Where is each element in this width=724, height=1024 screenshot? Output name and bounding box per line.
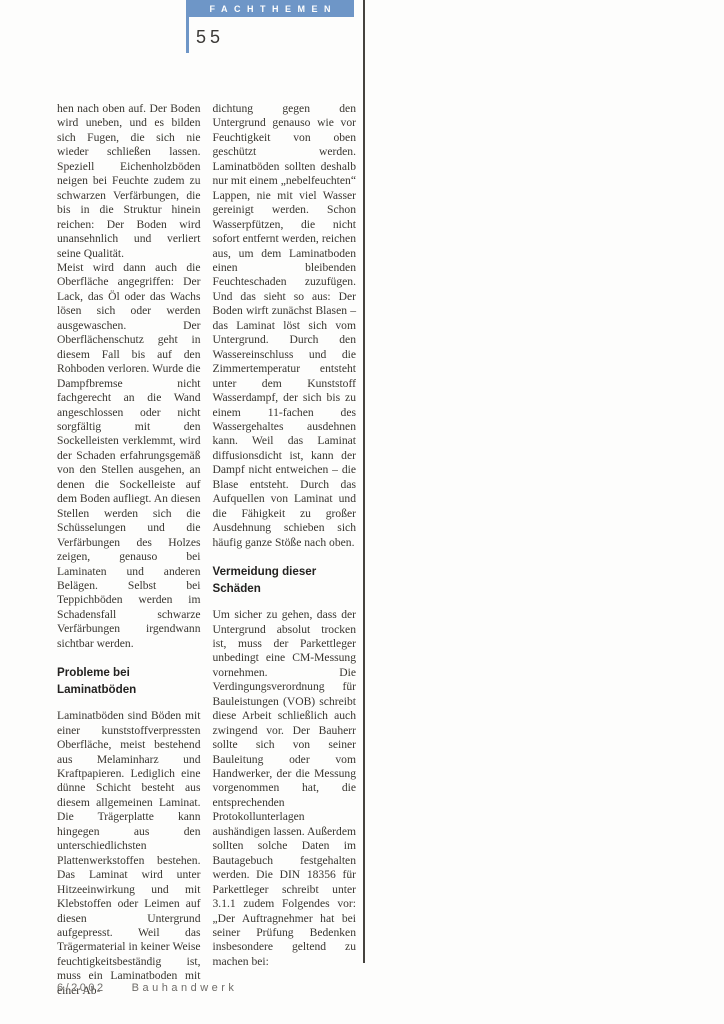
- paragraph: Um sicher zu gehen, dass der Untergrund …: [213, 608, 357, 969]
- page-edge-rule: [363, 0, 365, 963]
- article-column-right: dichtung gegen den Untergrund genauso wi…: [213, 102, 357, 998]
- article-column-left: hen nach oben auf. Der Boden wird uneben…: [57, 102, 201, 998]
- footer-issue: 6/2002: [57, 982, 106, 994]
- accent-tick: [186, 17, 189, 53]
- page-footer: 6/2002 Bauhandwerk: [57, 982, 237, 994]
- paragraph: dichtung gegen den Untergrund genauso wi…: [213, 102, 357, 550]
- section-banner-label: FACHTHEMEN: [203, 4, 337, 14]
- paragraph: hen nach oben auf. Der Boden wird uneben…: [57, 102, 201, 261]
- paragraph: Laminatböden sind Böden mit einer kunsts…: [57, 709, 201, 998]
- page-number: 55: [196, 27, 224, 48]
- subheading-probleme-bei-laminatboeden: Probleme bei Laminatböden: [57, 665, 201, 698]
- subheading-vermeidung-dieser-schaeden: Vermeidung dieser Schäden: [213, 564, 357, 597]
- footer-magazine: Bauhandwerk: [132, 982, 238, 994]
- article-body: hen nach oben auf. Der Boden wird uneben…: [57, 102, 356, 998]
- magazine-page: FACHTHEMEN 55 hen nach oben auf. Der Bod…: [0, 0, 724, 1024]
- paragraph: Meist wird dann auch die Oberfläche ange…: [57, 261, 201, 651]
- section-banner: FACHTHEMEN: [186, 0, 354, 17]
